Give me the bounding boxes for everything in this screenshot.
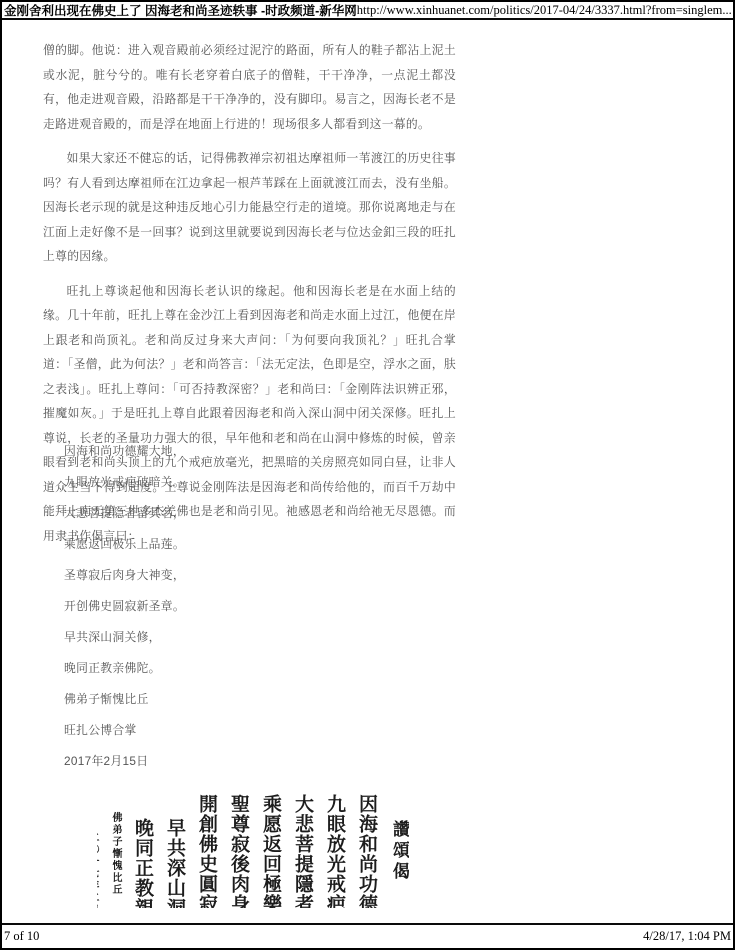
calligraphy-column: 大悲菩提隱者 [293, 794, 313, 908]
calligraphy-column: 開創佛史圓寂 [197, 794, 217, 908]
calligraphy-column: 佛弟子慚愧比丘 旺 [110, 794, 121, 908]
calligraphy-column: 乘愿返回極樂 [261, 794, 281, 908]
verse-line: 圣尊寂后肉身大神变， [64, 560, 456, 591]
signature-line: 佛弟子惭愧比丘 [64, 684, 456, 715]
calligraphy-column: 二〇一七年二月 [97, 794, 98, 908]
calligraphy-column: 讚頌偈 [389, 794, 409, 908]
verse-line: 九眼放光戒疤破暗关。 [64, 467, 456, 498]
page-number: 7 of 10 [4, 929, 39, 944]
calligraphy-column: 早共深山洞關 [165, 794, 185, 908]
verse-line: 开创佛史圆寂新圣章。 [64, 591, 456, 622]
print-header: 金刚舍利出现在佛史上了 因海老和尚圣迹轶事 -时政频道-新华网 http://w… [2, 2, 733, 20]
calligraphy-image: 讚頌偈 因海和尚功德 九眼放光戒疤 大悲菩提隱者 乘愿返回極樂 聖尊寂後肉身 開… [97, 794, 409, 908]
calligraphy-column: 因海和尚功德 [357, 794, 377, 908]
calligraphy-column: 聖尊寂後肉身 [229, 794, 249, 908]
page-title: 金刚舍利出现在佛史上了 因海老和尚圣迹轶事 -时政频道-新华网 [4, 2, 357, 19]
paragraph: 如果大家还不健忘的话，记得佛教禅宗初祖达摩祖师一苇渡江的历史往事吗？有人看到达摩… [43, 146, 456, 269]
verse-line: 晚同正教亲佛陀。 [64, 653, 456, 684]
calligraphy-column: 九眼放光戒疤 [325, 794, 345, 908]
verse-line: 大悲菩提隐者留其名， [64, 498, 456, 529]
printed-page: 金刚舍利出现在佛史上了 因海老和尚圣迹轶事 -时政频道-新华网 http://w… [0, 0, 735, 950]
verse-line: 乘愿返回极乐上品莲。 [64, 529, 456, 560]
page-url: http://www.xinhuanet.com/politics/2017-0… [357, 3, 732, 18]
print-footer: 7 of 10 4/28/17, 1:04 PM [2, 923, 733, 948]
signature-line: 旺扎公博合掌 [64, 715, 456, 746]
date-line: 2017年2月15日 [64, 746, 456, 777]
paragraph: 僧的脚。他说：进入观音殿前必须经过泥泞的路面，所有人的鞋子都沾上泥土或水泥，脏兮… [43, 38, 456, 136]
verse-block: 因海和尚功德耀大地， 九眼放光戒疤破暗关。 大悲菩提隐者留其名， 乘愿返回极乐上… [64, 436, 456, 777]
print-timestamp: 4/28/17, 1:04 PM [643, 929, 731, 944]
verse-line: 早共深山洞关修， [64, 622, 456, 653]
verse-line: 因海和尚功德耀大地， [64, 436, 456, 467]
calligraphy-column: 晚同正教親佛 [133, 794, 153, 908]
